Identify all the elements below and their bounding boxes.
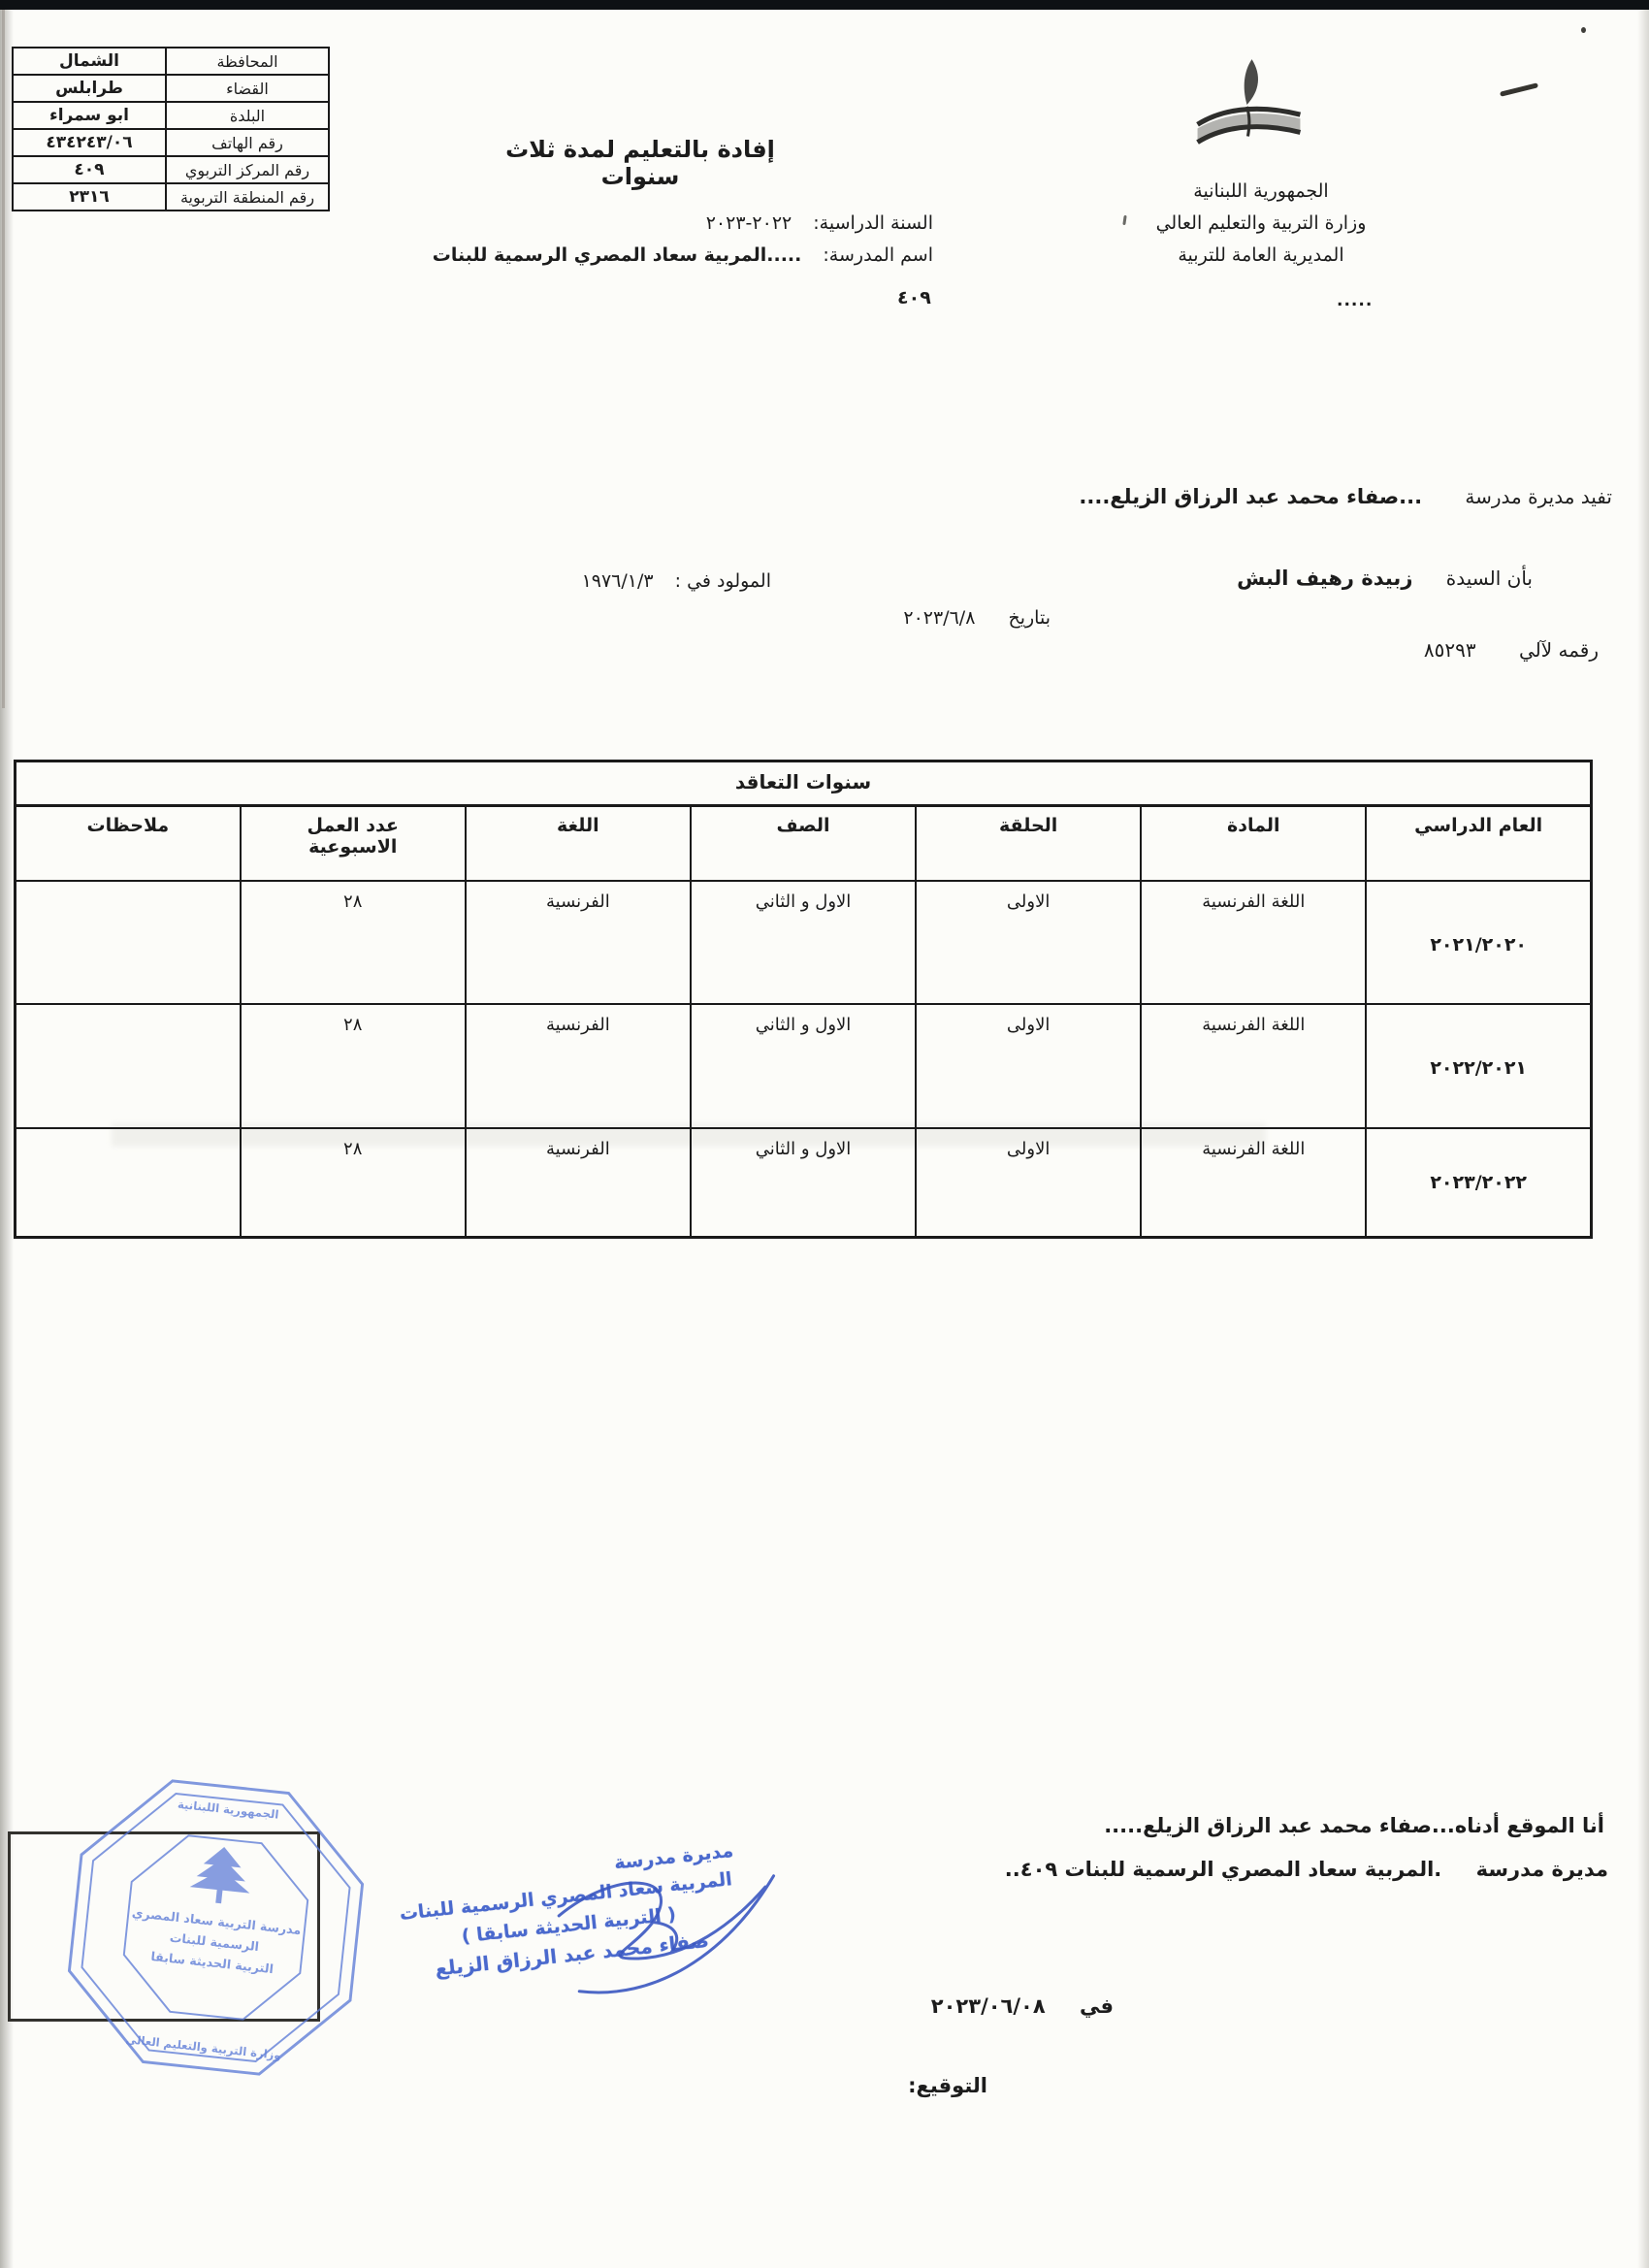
teacher-line: بأن السيدة زبيدة رهيف البش [1237, 567, 1533, 590]
column-header-cycle: الحلقة [916, 806, 1141, 882]
ink-speck-artifact [1581, 27, 1586, 33]
declaration-line-1: أنا الموقع أدناه...صفاء محمد عبد الرزاق … [1104, 1814, 1604, 1837]
table-row: رقم المركز التربوي ٤٠٩ [13, 156, 329, 183]
school-year-value: ٢٠٢٢-٢٠٢٣ [706, 212, 792, 234]
cell-notes [16, 881, 241, 1004]
letterhead-dots: ..... [1337, 291, 1373, 310]
cell-year: ٢٠٢٣/٢٠٢٢ [1366, 1128, 1591, 1237]
table-row: القضاء طرابلس [13, 75, 329, 102]
info-value: ٤٠٩ [13, 156, 166, 183]
contract-years-table: سنوات التعاقد العام الدراسي المادة الحلق… [14, 760, 1593, 1239]
cell-weekly-hours: ٢٨ [241, 881, 466, 1004]
table-title-row: سنوات التعاقد [16, 761, 1592, 806]
cell-cycle: الاولى [916, 881, 1141, 1004]
ministry-education-logo-icon [1188, 53, 1309, 162]
declaration-role: مديرة مدرسة [1476, 1858, 1608, 1881]
regarding-prefix: بأن السيدة [1446, 567, 1533, 590]
cell-subject: اللغة الفرنسية [1141, 1004, 1366, 1128]
certificate-date-value: ٢٠٢٣/٦/٨ [903, 607, 975, 629]
column-header-language: اللغة [466, 806, 691, 882]
cell-subject: اللغة الفرنسية [1141, 1128, 1366, 1237]
info-value: ٤٣٤٢٤٣/٠٦ [13, 129, 166, 156]
principal-name: ...صفاء محمد عبد الرزاق الزيلع.... [1079, 485, 1422, 508]
cell-weekly-hours: ٢٨ [241, 1004, 466, 1128]
date-value: ٢٠٢٣/٠٦/٠٨ [931, 1994, 1046, 2018]
cell-notes [16, 1128, 241, 1237]
table-row: رقم الهاتف ٤٣٤٢٤٣/٠٦ [13, 129, 329, 156]
column-header-subject: المادة [1141, 806, 1366, 882]
cell-year: ٢٠٢١/٢٠٢٠ [1366, 881, 1591, 1004]
footer-date-line: في ٢٠٢٣/٠٦/٠٨ [931, 1994, 1114, 2018]
directorate-title: المديرية العامة للتربية [1096, 244, 1426, 266]
column-header-notes: ملاحظات [16, 806, 241, 882]
admin-info-table: المحافظة الشمال القضاء طرابلس البلدة ابو… [12, 47, 330, 211]
teacher-name: زبيدة رهيف البش [1237, 567, 1412, 590]
scanner-top-bar [0, 0, 1649, 10]
serial-number-value: ٨٥٢٩٣ [1424, 638, 1476, 662]
ministry-title: وزارة التربية والتعليم العالي [1096, 212, 1426, 234]
cell-notes [16, 1004, 241, 1128]
contract-table-body: ٢٠٢١/٢٠٢٠ اللغة الفرنسية الاولى الاول و … [16, 881, 1592, 1237]
cell-grade: الاول و الثاني [691, 881, 916, 1004]
cell-grade: الاول و الثاني [691, 1128, 916, 1237]
born-label: المولود في : [675, 570, 771, 592]
table-row: المحافظة الشمال [13, 48, 329, 75]
info-value: ابو سمراء [13, 102, 166, 129]
school-name-line: اسم المدرسة: .....المربية سعاد المصري ال… [433, 244, 933, 266]
table-row: رقم المنطقة التربوية ٢٣١٦ [13, 183, 329, 211]
serial-number-line: رقمه لآلي ٨٥٢٩٣ [1424, 638, 1599, 662]
scan-left-edge-line [2, 10, 5, 708]
cell-cycle: الاولى [916, 1004, 1141, 1128]
info-label: رقم المركز التربوي [166, 156, 329, 183]
seal-arc-top-text: الجمهورية اللبنانية [177, 1798, 279, 1823]
school-name-value: .....المربية سعاد المصري الرسمية للبنات [433, 244, 802, 266]
pen-mark-artifact [1500, 82, 1538, 97]
declaration-school: .المربية سعاد المصري الرسمية للبنات ٤٠٩.… [1005, 1858, 1441, 1881]
birth-date-value: ١٩٧٦/١/٣ [582, 570, 654, 592]
column-header-grade: الصف [691, 806, 916, 882]
table-row: ٢٠٢٢/٢٠٢١ اللغة الفرنسية الاولى الاول و … [16, 1004, 1592, 1128]
cell-language: الفرنسية [466, 1004, 691, 1128]
declaration-line-2: مديرة مدرسة .المربية سعاد المصري الرسمية… [1005, 1858, 1608, 1881]
seal-inner-line-2: الرسمية للبنات [169, 1930, 260, 1955]
cell-weekly-hours: ٢٨ [241, 1128, 466, 1237]
cell-language: الفرنسية [466, 881, 691, 1004]
certificate-title: إفادة بالتعليم لمدة ثلاث سنوات [485, 136, 795, 190]
info-label: رقم المنطقة التربوية [166, 183, 329, 211]
serial-label: رقمه لآلي [1519, 638, 1599, 662]
table-row: ٢٠٢١/٢٠٢٠ اللغة الفرنسية الاولى الاول و … [16, 881, 1592, 1004]
school-number: ٤٠٩ [897, 287, 931, 308]
cell-cycle: الاولى [916, 1128, 1141, 1237]
school-year-line: السنة الدراسية: ٢٠٢٢-٢٠٢٣ [706, 212, 933, 234]
info-value: ٢٣١٦ [13, 183, 166, 211]
cell-subject: اللغة الفرنسية [1141, 881, 1366, 1004]
info-label: القضاء [166, 75, 329, 102]
scan-right-edge-shadow [1637, 10, 1649, 2268]
info-value: الشمال [13, 48, 166, 75]
info-value: طرابلس [13, 75, 166, 102]
contract-table-head: سنوات التعاقد العام الدراسي المادة الحلق… [16, 761, 1592, 882]
scanned-certificate-page: المحافظة الشمال القضاء طرابلس البلدة ابو… [0, 0, 1649, 2268]
date-prefix: في [1080, 1994, 1114, 2018]
attestation-line: تفيد مديرة مدرسة ...صفاء محمد عبد الرزاق… [1079, 485, 1612, 508]
cell-year: ٢٠٢٢/٢٠٢١ [1366, 1004, 1591, 1128]
admin-info-table-body: المحافظة الشمال القضاء طرابلس البلدة ابو… [13, 48, 329, 211]
table-row: البلدة ابو سمراء [13, 102, 329, 129]
signature-label: التوقيع: [908, 2074, 987, 2097]
column-header-weekly-hours: عدد العمل الاسبوعية [241, 806, 466, 882]
birth-date-line: المولود في : ١٩٧٦/١/٣ [582, 570, 771, 592]
info-label: البلدة [166, 102, 329, 129]
info-label: المحافظة [166, 48, 329, 75]
certificate-date-line: بتاريخ ٢٠٢٣/٦/٨ [903, 607, 1051, 629]
table-header-row: العام الدراسي المادة الحلقة الصف اللغة ع… [16, 806, 1592, 882]
on-date-label: بتاريخ [1008, 607, 1051, 629]
info-label: رقم الهاتف [166, 129, 329, 156]
cell-grade: الاول و الثاني [691, 1004, 916, 1128]
table-row: ٢٠٢٣/٢٠٢٢ اللغة الفرنسية الاولى الاول و … [16, 1128, 1592, 1237]
school-year-label: السنة الدراسية: [813, 212, 933, 234]
column-header-year: العام الدراسي [1366, 806, 1591, 882]
school-name-label: اسم المدرسة: [823, 244, 933, 266]
attest-prefix: تفيد مديرة مدرسة [1465, 485, 1612, 508]
cell-language: الفرنسية [466, 1128, 691, 1237]
republic-title: الجمهورية اللبنانية [1096, 180, 1426, 202]
contract-table-title: سنوات التعاقد [16, 761, 1592, 806]
seal-arc-bottom-text: وزارة التربية والتعليم العالي [125, 2032, 282, 2063]
